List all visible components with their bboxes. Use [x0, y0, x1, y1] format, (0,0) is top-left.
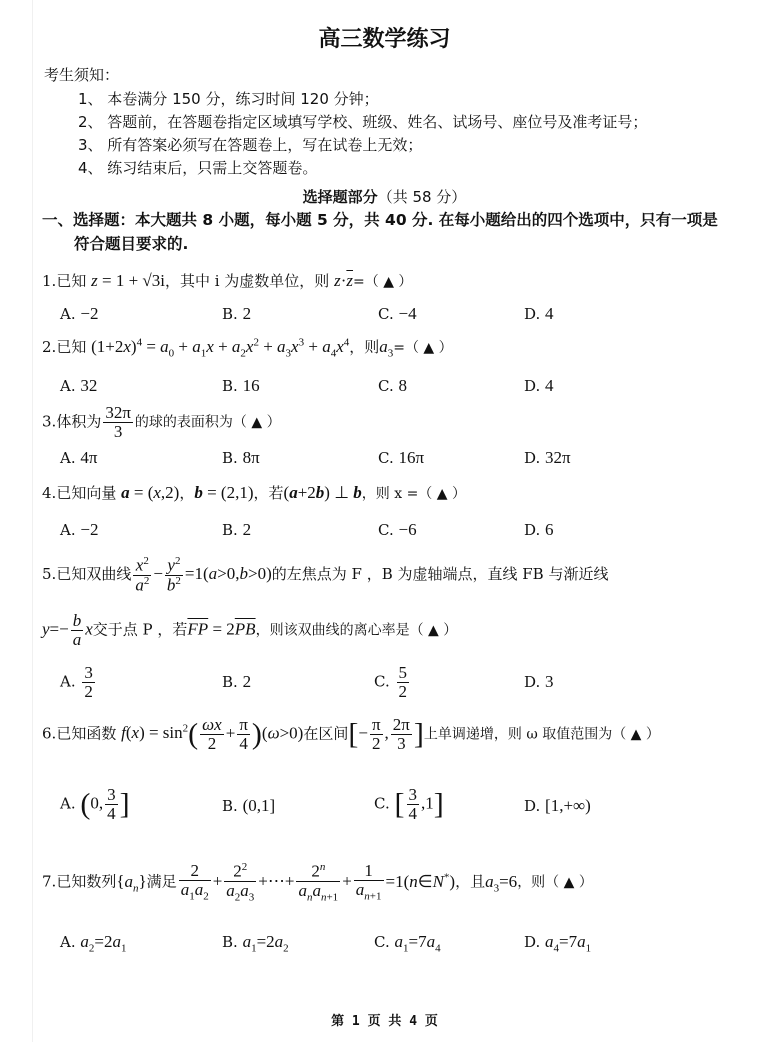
question-7: 7.已知数列{an}满足2a1a2+22a2a3+⋯+2nanan+1+1an+… — [42, 862, 593, 903]
notice-item: 3、 所有答案必须写在答题卷上，写在试卷上无效； — [78, 134, 422, 155]
question-2: 2.已知 (1+2x)4 = a0 + a1x + a2x2 + a3x3 + … — [42, 336, 453, 359]
option-b[interactable]: B. 2 — [222, 520, 251, 540]
question-5: 5.已知双曲线x2a2−y2b2=1(a>0,b>0)的左焦点为 F ，B 为虚… — [42, 556, 608, 594]
option-c[interactable]: C. 16π — [378, 448, 424, 468]
option-b[interactable]: B. 8π — [222, 448, 260, 468]
question-6: 6.已知函数 f(x) = sin2(ωx2+π4)(ω>0)在区间[−π2,2… — [42, 716, 660, 753]
notice-item: 2、 答题前，在答题卷指定区域填写学校、班级、姓名、试场号、座位号及准考证号； — [78, 111, 647, 132]
option-b[interactable]: B. 2 — [222, 672, 251, 692]
option-d[interactable]: D. 4 — [524, 304, 554, 324]
option-b[interactable]: B. 16 — [222, 376, 260, 396]
question-1: 1.已知 z = 1 + √3i，其中 i 为虚数单位，则 z·z=（ ▲ ） — [42, 270, 412, 291]
formula: f(x) = sin2 — [121, 723, 188, 742]
option-a[interactable]: A. (0,34] — [60, 786, 130, 823]
option-c[interactable]: C. −4 — [378, 304, 417, 324]
option-a[interactable]: A. a2=2a1 — [60, 932, 126, 954]
formula: x2a2 — [133, 556, 151, 594]
option-a[interactable]: A. −2 — [60, 520, 98, 540]
question-4: 4.已知向量 a = (x,2)，b = (2,1)，若(a+2b) ⊥ b，则… — [42, 482, 466, 503]
option-c[interactable]: C. 8 — [378, 376, 407, 396]
notice-heading: 考生须知： — [44, 64, 119, 85]
page-edge — [32, 0, 33, 1042]
option-a[interactable]: A. 4π — [60, 448, 97, 468]
formula: 32π3 — [103, 404, 133, 441]
option-c[interactable]: C. [34,1] — [374, 786, 444, 823]
option-c[interactable]: C. −6 — [378, 520, 417, 540]
formula: z — [91, 271, 98, 290]
option-d[interactable]: D. 4 — [524, 376, 554, 396]
section-points: （共 58 分） — [378, 188, 467, 206]
notice-item: 4、 练习结束后，只需上交答题卷。 — [78, 157, 317, 178]
formula: (1+2x)4 = a0 + a1x + a2x2 + a3x3 + a4x4 — [91, 337, 349, 356]
section-instruction: 一、选择题：本大题共 8 小题，每小题 5 分，共 40 分. 在每小题给出的四… — [42, 208, 718, 230]
option-a[interactable]: A. 32 — [60, 376, 97, 396]
section-title: 选择题部分 — [303, 188, 378, 206]
section-heading: 选择题部分（共 58 分） — [0, 186, 769, 207]
question-5-line2: y=−bax交于点 P ，若FP = 2PB，则该双曲线的离心率是（ ▲ ） — [42, 612, 457, 649]
formula: a = (x,2) — [121, 483, 179, 502]
option-c[interactable]: C. a1=7a4 — [374, 932, 441, 954]
formula: 2a1a2 — [179, 862, 211, 903]
page-title: 高三数学练习 — [0, 22, 769, 53]
option-d[interactable]: D. [1,+∞) — [524, 796, 591, 816]
option-d[interactable]: D. 32π — [524, 448, 571, 468]
option-b[interactable]: B. 2 — [222, 304, 251, 324]
option-d[interactable]: D. a4=7a1 — [524, 932, 591, 954]
page-footer: 第 1 页 共 4 页 — [0, 1010, 769, 1029]
section-instruction: 符合题目要求的. — [74, 232, 188, 254]
notice-item: 1、 本卷满分 150 分，练习时间 120 分钟； — [78, 88, 379, 109]
option-d[interactable]: D. 6 — [524, 520, 554, 540]
option-a[interactable]: A. −2 — [60, 304, 98, 324]
option-a[interactable]: A. 32 — [60, 664, 97, 701]
option-b[interactable]: B. a1=2a2 — [222, 932, 289, 954]
option-d[interactable]: D. 3 — [524, 672, 554, 692]
option-b[interactable]: B. (0,1] — [222, 796, 275, 816]
option-c[interactable]: C. 52 — [374, 664, 411, 701]
question-3: 3.体积为32π3的球的表面积为（ ▲ ） — [42, 404, 281, 441]
